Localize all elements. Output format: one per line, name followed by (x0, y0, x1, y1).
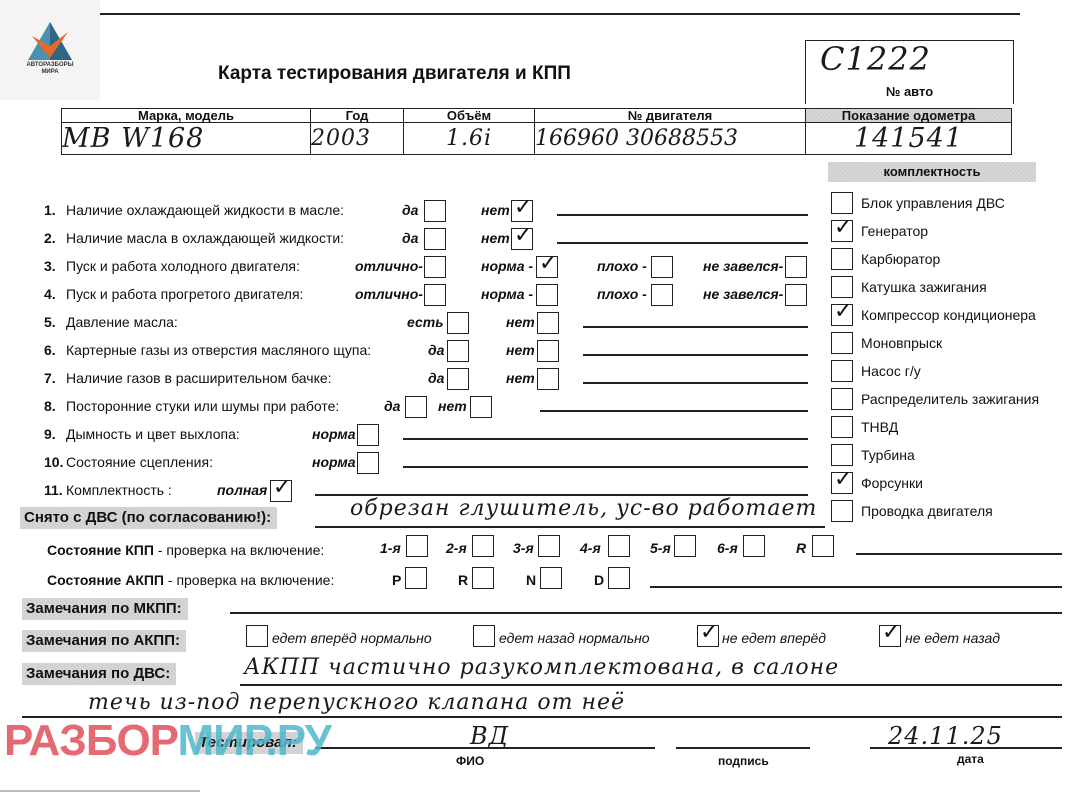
check-option-label: отлично- (355, 286, 423, 302)
check-notes-line[interactable] (403, 438, 808, 440)
check-number: 9. (44, 426, 66, 442)
check-label: Комплектность : (66, 482, 172, 498)
komplektnost-checkbox[interactable] (831, 304, 853, 326)
check-option-label: плохо - (597, 286, 647, 302)
akpp-gear-checkbox[interactable] (608, 567, 630, 589)
check-notes-line[interactable] (557, 214, 808, 216)
remarks-akpp-label: Замечания по АКПП: (22, 630, 186, 652)
akpp-line (650, 586, 1062, 588)
komplektnost-item-label: Генератор (861, 223, 928, 239)
removed-label: Снято с ДВС (по согласованию!): (20, 507, 277, 529)
check-option-checkbox[interactable] (447, 312, 469, 334)
check-option-checkbox[interactable] (424, 256, 446, 278)
check-row-3: 3.Пуск и работа холодного двигателя: (44, 258, 300, 274)
kpp-gear-label: 3-я (513, 540, 534, 556)
check-row-10: 10.Состояние сцепления: (44, 454, 213, 470)
akpp-remark-label: не едет вперёд (722, 630, 826, 646)
akpp-gear-label: N (526, 572, 536, 588)
akpp-gear-checkbox[interactable] (540, 567, 562, 589)
kpp-label-rest: - проверка на включение: (154, 542, 324, 558)
col-engine-number: № двигателя (535, 109, 806, 123)
odometer-value: 141541 (806, 123, 1012, 155)
check-row-4: 4.Пуск и работа прогретого двигателя: (44, 286, 303, 302)
check-row-6: 6.Картерные газы из отверстия масляного … (44, 342, 371, 358)
check-option-label: не завелся- (703, 286, 783, 302)
komplektnost-item-label: Моновпрыск (861, 335, 942, 351)
check-row-7: 7.Наличие газов в расширительном бачке: (44, 370, 332, 386)
check-label: Давление масла: (66, 314, 178, 330)
watermark-part-2: МИР.РУ (177, 716, 330, 765)
akpp-remark-label: едет назад нормально (499, 630, 650, 646)
kpp-gear-label: 5-я (650, 540, 671, 556)
check-option-checkbox[interactable] (270, 480, 292, 502)
date-caption: дата (957, 752, 984, 766)
check-option-checkbox[interactable] (511, 200, 533, 222)
check-notes-line[interactable] (403, 466, 808, 468)
check-number: 5. (44, 314, 66, 330)
komplektnost-item-label: ТНВД (861, 419, 898, 435)
check-option-checkbox[interactable] (424, 284, 446, 306)
check-label: Наличие охлаждающей жидкости в масле: (66, 202, 344, 218)
check-option-label: есть (407, 314, 444, 330)
check-number: 10. (44, 454, 66, 470)
akpp-gear-checkbox[interactable] (472, 567, 494, 589)
bottom-rule (0, 790, 200, 792)
komplektnost-header: комплектность (828, 162, 1036, 182)
check-row-1: 1.Наличие охлаждающей жидкости в масле: (44, 202, 344, 218)
vehicle-header-table: Марка, модель Год Объём № двигателя Пока… (61, 108, 1012, 155)
watermark-part-1: РАЗБОР (4, 716, 177, 765)
check-option-label: да (402, 202, 418, 218)
kpp-gear-checkbox[interactable] (608, 535, 630, 557)
tested-fio-value: ВД (470, 722, 509, 750)
komplektnost-checkbox[interactable] (831, 388, 853, 410)
removed-value: обрезан глушитель, ус-во работает (350, 496, 817, 521)
watermark: РАЗБОРМИР.РУ (4, 716, 331, 766)
akpp-remark-checkbox[interactable] (473, 625, 495, 647)
check-label: Наличие газов в расширительном бачке: (66, 370, 332, 386)
check-notes-line[interactable] (583, 326, 808, 328)
logo-line-1: АВТОРАЗБОРЫ (0, 62, 100, 69)
fio-caption: ФИО (456, 754, 484, 768)
remarks-dvs-line-1: АКПП частично разукомплектована, в салон… (244, 655, 839, 680)
check-row-9: 9.Дымность и цвет выхлопа: (44, 426, 240, 442)
akpp-remark-label: едет вперёд нормально (272, 630, 432, 646)
akpp-remark-checkbox[interactable] (879, 625, 901, 647)
check-option-checkbox[interactable] (511, 228, 533, 250)
check-notes-line[interactable] (540, 410, 808, 412)
check-option-checkbox[interactable] (447, 368, 469, 390)
akpp-gear-label: P (392, 572, 401, 588)
check-label: Пуск и работа прогретого двигателя: (66, 286, 303, 302)
remarks-dvs-line-2: течь из-под перепускного клапана от неё (88, 690, 625, 715)
check-option-checkbox[interactable] (537, 312, 559, 334)
check-number: 1. (44, 202, 66, 218)
check-option-checkbox[interactable] (536, 256, 558, 278)
check-option-checkbox[interactable] (537, 368, 559, 390)
komplektnost-item-label: Проводка двигателя (861, 503, 993, 519)
komplektnost-checkbox[interactable] (831, 444, 853, 466)
kpp-gear-checkbox[interactable] (743, 535, 765, 557)
check-notes-line[interactable] (583, 382, 808, 384)
komplektnost-checkbox[interactable] (831, 472, 853, 494)
check-label: Наличие масла в охлаждающей жидкости: (66, 230, 344, 246)
mountain-check-logo-icon (28, 22, 72, 62)
kpp-gear-label: R (796, 540, 806, 556)
komplektnost-checkbox[interactable] (831, 360, 853, 382)
col-year: Год (311, 109, 404, 123)
kpp-line (856, 553, 1062, 555)
col-volume: Объём (404, 109, 535, 123)
check-option-label: нет (506, 342, 535, 358)
kpp-label: Состояние КПП - проверка на включение: (47, 542, 324, 558)
check-option-checkbox[interactable] (651, 256, 673, 278)
akpp-label-bold: Состояние АКПП (47, 572, 164, 588)
kpp-gear-label: 4-я (580, 540, 601, 556)
logo-line-2: МИРА (0, 69, 100, 76)
kpp-gear-label: 2-я (446, 540, 467, 556)
check-notes-line[interactable] (557, 242, 808, 244)
akpp-label-rest: - проверка на включение: (164, 572, 334, 588)
page-title: Карта тестирования двигателя и КПП (218, 63, 571, 85)
check-row-8: 8.Посторонние стуки или шумы при работе: (44, 398, 339, 414)
volume-value: 1.6i (404, 123, 535, 155)
check-option-label: норма - (481, 286, 533, 302)
akpp-remark-label: не едет назад (905, 630, 1000, 646)
check-option-checkbox[interactable] (785, 256, 807, 278)
engine-number-value: 166960 30688553 (535, 123, 806, 155)
check-option-label: нет (438, 398, 467, 414)
check-label: Дымность и цвет выхлопа: (66, 426, 240, 442)
komplektnost-item-label: Распределитель зажигания (861, 391, 1039, 407)
check-row-11: 11.Комплектность : (44, 482, 172, 498)
check-option-label: норма (312, 454, 356, 470)
komplektnost-checkbox[interactable] (831, 332, 853, 354)
check-notes-line[interactable] (583, 354, 808, 356)
komplektnost-checkbox[interactable] (831, 416, 853, 438)
check-option-checkbox[interactable] (357, 424, 379, 446)
akpp-gear-label: R (458, 572, 468, 588)
akpp-gear-checkbox[interactable] (405, 567, 427, 589)
check-option-label: нет (481, 230, 510, 246)
check-option-label: нет (506, 370, 535, 386)
check-option-label: нет (481, 202, 510, 218)
kpp-label-bold: Состояние КПП (47, 542, 154, 558)
komplektnost-item-label: Компрессор кондиционера (861, 307, 1036, 323)
check-option-checkbox[interactable] (536, 284, 558, 306)
komplektnost-item-label: Турбина (861, 447, 915, 463)
check-option-label: да (428, 370, 444, 386)
akpp-gear-label: D (594, 572, 604, 588)
check-label: Посторонние стуки или шумы при работе: (66, 398, 339, 414)
check-option-checkbox[interactable] (537, 340, 559, 362)
check-label: Пуск и работа холодного двигателя: (66, 258, 300, 274)
kpp-gear-label: 6-я (717, 540, 738, 556)
kpp-gear-checkbox[interactable] (674, 535, 696, 557)
komplektnost-item-label: Насос г/у (861, 363, 921, 379)
company-logo: АВТОРАЗБОРЫ МИРА (0, 0, 100, 100)
akpp-remark-checkbox[interactable] (246, 625, 268, 647)
remarks-dvs-label: Замечания по ДВС: (22, 663, 176, 685)
komplektnost-checkbox[interactable] (831, 500, 853, 522)
check-option-label: да (384, 398, 400, 414)
make-model-value: MB W168 (62, 123, 311, 155)
check-option-label: норма (312, 426, 356, 442)
check-option-label: полная (217, 482, 267, 498)
check-option-checkbox[interactable] (357, 452, 379, 474)
akpp-remark-checkbox[interactable] (697, 625, 719, 647)
komplektnost-checkbox[interactable] (831, 192, 853, 214)
col-odometer: Показание одометра (806, 109, 1012, 123)
komplektnost-item-label: Форсунки (861, 475, 923, 491)
check-label: Картерные газы из отверстия масляного щу… (66, 342, 371, 358)
date-value: 24.11.25 (888, 722, 1003, 750)
check-option-label: да (402, 230, 418, 246)
komplektnost-checkbox[interactable] (831, 220, 853, 242)
check-number: 4. (44, 286, 66, 302)
check-option-label: да (428, 342, 444, 358)
check-row-2: 2.Наличие масла в охлаждающей жидкости: (44, 230, 344, 246)
top-rule (100, 13, 1020, 15)
auto-number-value: C1222 (820, 40, 931, 78)
check-option-label: отлично- (355, 258, 423, 274)
check-number: 8. (44, 398, 66, 414)
komplektnost-item-label: Катушка зажигания (861, 279, 987, 295)
kpp-gear-checkbox[interactable] (812, 535, 834, 557)
check-number: 11. (44, 482, 66, 498)
kpp-gear-label: 1-я (380, 540, 401, 556)
check-label: Состояние сцепления: (66, 454, 213, 470)
remarks-mkpp-label: Замечания по МКПП: (22, 598, 188, 620)
check-number: 6. (44, 342, 66, 358)
check-option-checkbox[interactable] (470, 396, 492, 418)
removed-line (315, 526, 825, 528)
check-number: 3. (44, 258, 66, 274)
check-number: 2. (44, 230, 66, 246)
signature-caption: подпись (718, 754, 769, 768)
check-option-checkbox[interactable] (424, 228, 446, 250)
kpp-gear-checkbox[interactable] (538, 535, 560, 557)
col-make-model: Марка, модель (62, 109, 311, 123)
komplektnost-checkbox[interactable] (831, 276, 853, 298)
check-option-checkbox[interactable] (651, 284, 673, 306)
kpp-gear-checkbox[interactable] (406, 535, 428, 557)
signature-line (676, 747, 810, 749)
remarks-mkpp-line[interactable] (230, 612, 1062, 614)
check-option-checkbox[interactable] (785, 284, 807, 306)
check-option-checkbox[interactable] (405, 396, 427, 418)
year-value: 2003 (311, 123, 404, 155)
check-option-label: не завелся- (703, 258, 783, 274)
check-option-checkbox[interactable] (447, 340, 469, 362)
kpp-gear-checkbox[interactable] (472, 535, 494, 557)
akpp-label: Состояние АКПП - проверка на включение: (47, 572, 334, 588)
remarks-dvs-rule-1 (240, 684, 1062, 686)
komplektnost-item-label: Блок управления ДВС (861, 195, 1005, 211)
check-option-label: норма - (481, 258, 533, 274)
komplektnost-checkbox[interactable] (831, 248, 853, 270)
check-option-label: плохо - (597, 258, 647, 274)
komplektnost-item-label: Карбюратор (861, 251, 940, 267)
fio-line (315, 747, 655, 749)
auto-number-label: № авто (805, 84, 1014, 104)
date-line (870, 747, 1062, 749)
check-option-label: нет (506, 314, 535, 330)
check-number: 7. (44, 370, 66, 386)
check-option-checkbox[interactable] (424, 200, 446, 222)
check-row-5: 5.Давление масла: (44, 314, 178, 330)
